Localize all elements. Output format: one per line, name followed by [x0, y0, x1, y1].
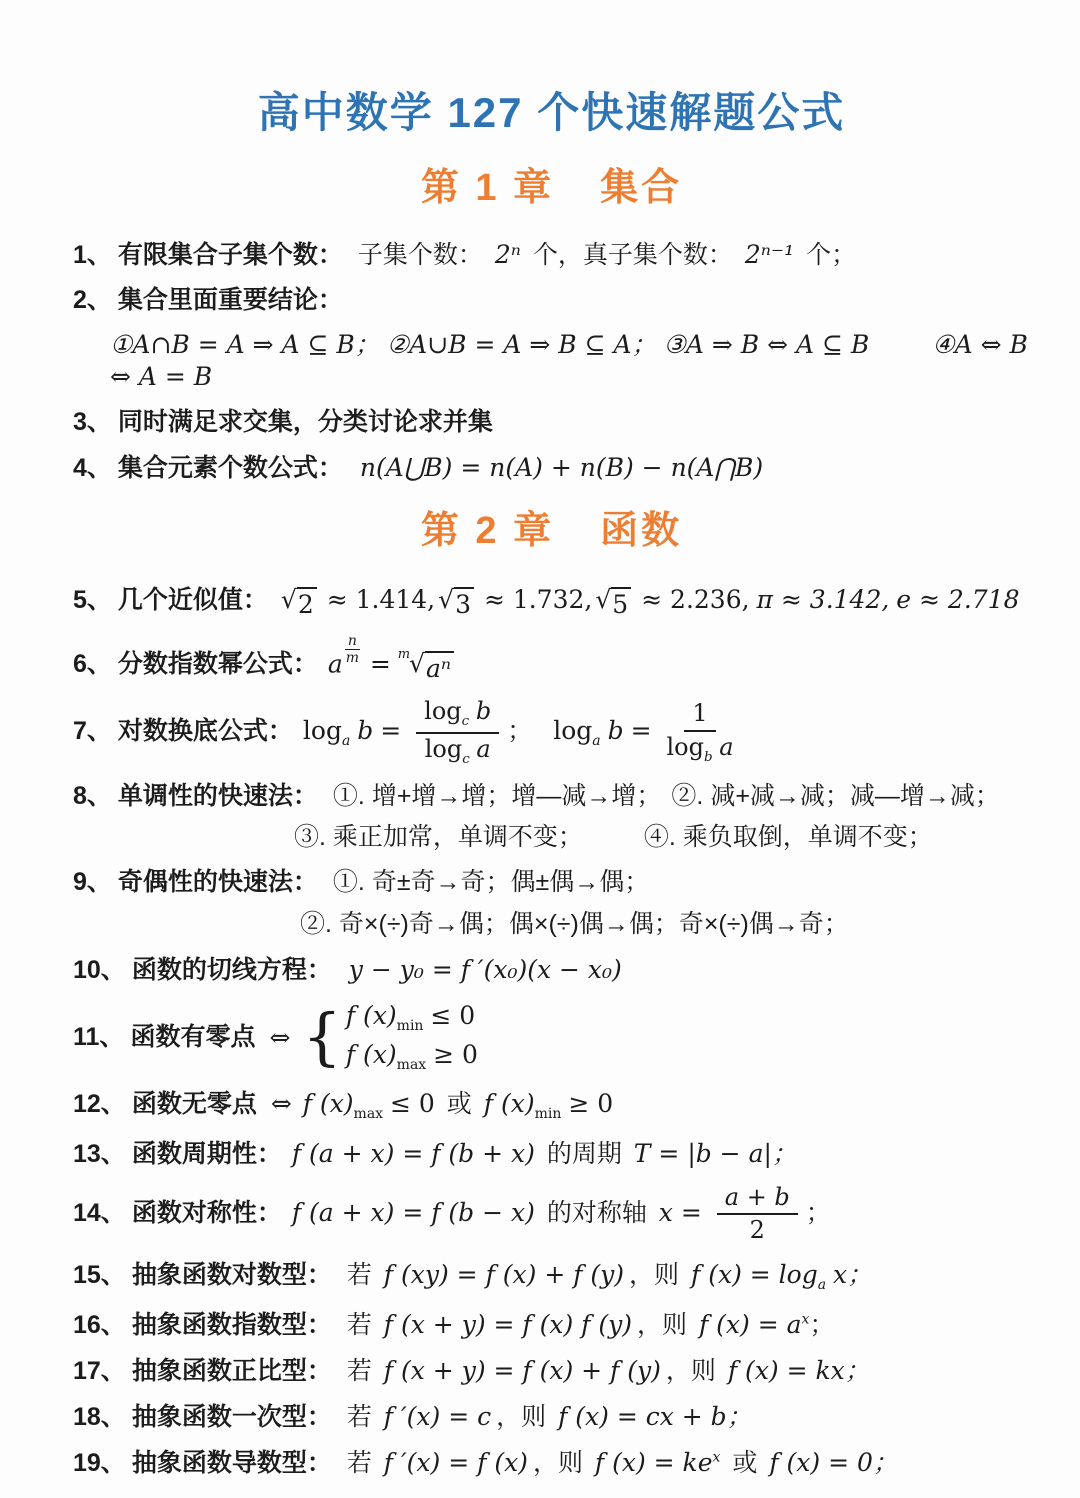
case-row: f (x)min ≤ 0	[346, 1000, 478, 1036]
radical-sign: √	[281, 587, 297, 613]
formula-math: T = |b − a|；	[634, 1139, 797, 1168]
formula-math: ≈ 1.414,	[327, 585, 435, 614]
item-number: 19、	[73, 1449, 126, 1477]
log-base: a	[592, 733, 600, 749]
if-text: 若	[347, 1311, 372, 1339]
fraction-denominator: m	[345, 650, 360, 666]
item-number: 5、	[73, 586, 112, 614]
item-number: 15、	[73, 1261, 126, 1289]
formula-math: f (x) = kx；	[728, 1356, 870, 1385]
cases-brace: {	[302, 1006, 341, 1068]
formula-text: 子集个数：	[358, 241, 483, 269]
chapter-1-label: 第 1 章	[421, 167, 554, 209]
math-fraction: a + b 2	[717, 1184, 798, 1245]
formula-math: f (x) = log	[691, 1260, 818, 1289]
if-text: 若	[347, 1357, 372, 1385]
rule-line-2: ②. 奇×(÷)奇→偶；偶×(÷)偶→偶；奇×(÷)偶→奇；	[295, 909, 1030, 940]
then-text: ，则	[533, 1449, 583, 1477]
subscript-max: max	[397, 1057, 427, 1073]
item-number: 6、	[73, 650, 112, 678]
page-title: 高中数学 127 个快速解题公式	[73, 80, 1030, 140]
formula-item-9: 9、奇偶性的快速法：①. 奇±奇→奇；偶±偶→偶； ②. 奇×(÷)奇→偶；偶×…	[73, 867, 1030, 940]
fraction-numerator: logc b	[416, 698, 499, 733]
subscript-max: max	[354, 1106, 384, 1122]
fraction-numerator: a + b	[717, 1184, 798, 1216]
formula-math: f (x) = a	[699, 1310, 802, 1339]
log-base: c	[462, 714, 470, 729]
log-base: b	[704, 750, 713, 765]
item-number: 12、	[73, 1090, 126, 1118]
radical-sign: √	[409, 651, 425, 677]
formula-item-19: 19、抽象函数导数型：若 f ′(x) = f (x)，则 f (x) = ke…	[73, 1447, 1030, 1479]
formula-math: f (x)	[346, 1001, 397, 1030]
case-row: f (x)max ≥ 0	[346, 1039, 478, 1075]
exponent-fraction: nm	[345, 634, 360, 667]
equals-sign: =	[380, 716, 401, 745]
formula-math: f ′(x) = f (x)	[384, 1448, 528, 1477]
log-base: a	[818, 1277, 826, 1293]
rule-text: ④. 乘负取倒，单调不变；	[644, 823, 933, 851]
radicand: 5	[611, 587, 631, 620]
chapter-2-name: 函数	[600, 510, 682, 552]
log-argument: b	[476, 697, 491, 725]
chapter-2-label: 第 2 章	[421, 510, 554, 552]
formula-item-10: 10、函数的切线方程： y − y₀ = f ′(x₀)(x − x₀)	[73, 954, 1030, 986]
fraction-numerator: n	[345, 634, 360, 650]
formula-item-8: 8、单调性的快速法：①. 增+增→增；增—减→增；②. 减+减→减；减—增→减；…	[73, 781, 1030, 854]
connector-text: 的对称轴	[547, 1199, 647, 1227]
item-label: 函数无零点	[132, 1090, 257, 1118]
iff-arrow: ⇔	[269, 1022, 290, 1053]
formula-math: f ′(x) = c	[384, 1402, 491, 1431]
item-label: 分数指数幂公式：	[118, 650, 318, 678]
item-number: 17、	[73, 1357, 126, 1385]
inequality: ≤ 0	[430, 1001, 475, 1030]
item-head: 8、单调性的快速法：①. 增+增→增；增—减→增；②. 减+减→减；减—增→减；	[73, 781, 1030, 812]
formula-item-14: 14、函数对称性：f (a + x) = f (b − x) 的对称轴 x = …	[73, 1184, 1030, 1245]
rule-text: ①. 奇±奇→奇；偶±偶→偶；	[333, 868, 649, 896]
item-number: 2、	[73, 286, 112, 314]
formula-math: f (xy) = f (x) + f (y)	[384, 1260, 624, 1289]
set-conclusions-line: ①A∩B = A ⇒ A ⊆ B； ②A∪B = A ⇒ B ⊆ A； ③A ⇒…	[110, 329, 1030, 394]
formula-item-17: 17、抽象函数正比型：若 f (x + y) = f (x) + f (y)，则…	[73, 1355, 1030, 1387]
chapter-1-heading: 第 1 章集合	[73, 156, 1030, 211]
formula-math: f (x)	[346, 1040, 397, 1069]
math-fraction: 1 logb a	[666, 700, 733, 765]
cases-rows: f (x)min ≤ 0 f (x)max ≥ 0	[346, 1000, 478, 1074]
rule-line-2: ③. 乘正加常，单调不变；④. 乘负取倒，单调不变；	[289, 822, 1030, 853]
formula-item-13: 13、函数周期性：f (a + x) = f (b + x) 的周期 T = |…	[73, 1138, 1030, 1170]
iff-arrow: ⇔	[271, 1089, 292, 1118]
item-label: 抽象函数指数型：	[132, 1311, 332, 1339]
item-head: 9、奇偶性的快速法：①. 奇±奇→奇；偶±偶→偶；	[73, 867, 1030, 898]
item-label: 抽象函数导数型：	[132, 1449, 332, 1477]
item-number: 10、	[73, 956, 126, 984]
item-number: 16、	[73, 1311, 126, 1339]
chapter-1-name: 集合	[600, 167, 682, 209]
then-text: ，则	[637, 1311, 687, 1339]
item-label: 函数的切线方程：	[132, 956, 332, 984]
fraction-numerator: 1	[684, 700, 715, 732]
sqrt-radical: √2	[281, 587, 317, 620]
item-label: 对数换底公式：	[118, 717, 293, 745]
log-base: c	[462, 751, 470, 766]
formula-math: f (x)	[484, 1089, 535, 1118]
item-number: 8、	[73, 782, 112, 810]
or-text: 或	[447, 1090, 472, 1118]
item-number: 18、	[73, 1403, 126, 1431]
radicand: aⁿ	[425, 651, 454, 684]
then-text: ，则	[666, 1357, 716, 1385]
item-label: 函数对称性：	[132, 1199, 282, 1227]
subscript-min: min	[535, 1106, 562, 1122]
item-label: 集合里面重要结论：	[118, 286, 343, 314]
item-label: 奇偶性的快速法：	[118, 868, 318, 896]
item-label: 几个近似值：	[118, 586, 268, 614]
formula-math: π ≈ 3.142,	[757, 585, 890, 614]
inequality: ≤ 0	[390, 1089, 435, 1118]
item-label: 有限集合子集个数：	[118, 241, 343, 269]
exponent-base: a	[328, 649, 343, 678]
item-number: 4、	[73, 454, 112, 482]
formula-item-15: 15、抽象函数对数型：若 f (xy) = f (x) + f (y)，则 f …	[73, 1259, 1030, 1295]
log-argument: a	[476, 735, 490, 763]
formula-item-1: 1、有限集合子集个数：子集个数： 2ⁿ 个，真子集个数： 2ⁿ⁻¹ 个；	[73, 239, 1030, 271]
formula-math: ①A∩B = A ⇒ A ⊆ B；	[110, 330, 380, 359]
log-argument: a	[719, 733, 733, 761]
rule-text: ①. 增+增→增；增—减→增；	[333, 782, 662, 810]
log-function: log	[666, 733, 704, 761]
formula-math: x；	[833, 1260, 872, 1289]
radical-sign: √	[595, 587, 611, 613]
item-label: 抽象函数一次型：	[132, 1403, 332, 1431]
then-text: ，则	[629, 1261, 679, 1289]
connector-text: 的周期	[547, 1140, 622, 1168]
item-number: 14、	[73, 1199, 126, 1227]
formula-text: 个；	[806, 241, 856, 269]
formula-item-5: 5、几个近似值：√2 ≈ 1.414,√3 ≈ 1.732,√5 ≈ 2.236…	[73, 584, 1030, 620]
equals-sign: =	[631, 716, 652, 745]
formula-item-7: 7、对数换底公式：loga b = logc b logc a ； loga b…	[73, 698, 1030, 767]
fraction-denominator: logb a	[666, 732, 733, 765]
log-function: log	[425, 735, 463, 763]
rule-text: ③. 乘正加常，单调不变；	[294, 823, 583, 851]
then-text: ，则	[496, 1403, 546, 1431]
sqrt-radical: √aⁿ	[409, 651, 454, 684]
radical-sign: √	[438, 587, 454, 613]
formula-math: f (x) = ke	[595, 1448, 713, 1477]
formula-math: y − y₀ = f ′(x₀)(x − x₀)	[349, 955, 622, 984]
formula-item-16: 16、抽象函数指数型：若 f (x + y) = f (x) f (y)，则 f…	[73, 1309, 1030, 1341]
equals-sign: =	[370, 649, 391, 678]
or-text: 或	[732, 1449, 757, 1477]
formula-item-6: 6、分数指数幂公式：anm = m√aⁿ	[73, 634, 1030, 685]
separator: ；	[809, 1310, 834, 1339]
item-label: 抽象函数正比型：	[132, 1357, 332, 1385]
radicand: 3	[454, 587, 474, 620]
subscript-min: min	[397, 1018, 424, 1034]
formula-item-4: 4、集合元素个数公式： n(A⋃B) = n(A) + n(B) − n(A⋂B…	[73, 452, 1030, 484]
item-number: 1、	[73, 241, 112, 269]
math-fraction: logc b logc a	[416, 698, 499, 767]
item-label: 集合元素个数公式：	[118, 454, 343, 482]
formula-math: f (a + x) = f (b + x)	[292, 1139, 535, 1168]
item-number: 11、	[73, 1022, 124, 1053]
radicand: 2	[297, 587, 317, 620]
inequality: ≥ 0	[568, 1089, 613, 1118]
item-number: 3、	[73, 408, 112, 436]
fraction-denominator: logc a	[425, 734, 491, 767]
if-text: 若	[347, 1261, 372, 1289]
formula-item-2: 2、集合里面重要结论： ①A∩B = A ⇒ A ⊆ B； ②A∪B = A ⇒…	[73, 285, 1030, 393]
item-number: 13、	[73, 1140, 126, 1168]
formula-math: f (a + x) = f (b − x)	[292, 1198, 535, 1227]
if-text: 若	[347, 1403, 372, 1431]
sqrt-radical: √3	[438, 587, 474, 620]
inequality: ≥ 0	[433, 1040, 478, 1069]
formula-math: ≈ 1.732,	[484, 585, 592, 614]
rule-text: ②. 奇×(÷)奇→偶；偶×(÷)偶→偶；奇×(÷)偶→奇；	[300, 910, 849, 938]
formula-text: 个，真子集个数：	[533, 241, 733, 269]
item-number: 7、	[73, 717, 112, 745]
sqrt-radical: √5	[595, 587, 631, 620]
formula-math: ③A ⇒ B ⇔ A ⊆ B	[664, 330, 870, 359]
formula-math: 2ⁿ⁻¹	[745, 240, 794, 269]
chapter-2-heading: 第 2 章函数	[73, 499, 1030, 554]
log-function: log	[303, 716, 342, 745]
log-function: log	[553, 716, 592, 745]
formula-item-11: 11、函数有零点⇔ { f (x)min ≤ 0 f (x)max ≥ 0	[73, 1000, 1030, 1074]
log-base: a	[342, 733, 350, 749]
formula-math: f (x + y) = f (x) f (y)	[384, 1310, 632, 1339]
formula-item-3: 3、同时满足求交集，分类讨论求并集	[73, 407, 1030, 438]
formula-item-12: 12、函数无零点⇔ f (x)max ≤ 0 或 f (x)min ≥ 0	[73, 1088, 1030, 1124]
fraction-denominator: 2	[750, 1215, 765, 1245]
if-text: 若	[347, 1449, 372, 1477]
formula-math: 2ⁿ	[495, 240, 521, 269]
formula-math: n(A⋃B) = n(A) + n(B) − n(A⋂B)	[360, 453, 763, 482]
formula-math: f (x + y) = f (x) + f (y)	[384, 1356, 661, 1385]
item-label: 函数有零点	[130, 1022, 255, 1053]
document-page: 高中数学 127 个快速解题公式 第 1 章集合 1、有限集合子集个数：子集个数…	[0, 0, 1080, 1498]
separator: ；	[806, 1198, 831, 1227]
formula-math: f (x) = cx + b；	[558, 1402, 752, 1431]
item-label: 抽象函数对数型：	[132, 1261, 332, 1289]
log-argument: b	[608, 716, 624, 745]
formula-item-18: 18、抽象函数一次型：若 f ′(x) = c，则 f (x) = cx + b…	[73, 1401, 1030, 1433]
formula-math: f (x)	[303, 1089, 354, 1118]
log-function: log	[424, 697, 462, 725]
formula-math: ≈ 2.236,	[641, 585, 749, 614]
rule-text: ②. 减+减→减；减—增→减；	[671, 782, 1000, 810]
item-label: 同时满足求交集，分类讨论求并集	[118, 408, 493, 436]
formula-math: ②A∪B = A ⇒ B ⊆ A；	[387, 330, 657, 359]
separator: ；	[507, 716, 532, 745]
exponent: x	[713, 1450, 721, 1466]
item-label: 函数周期性：	[132, 1140, 282, 1168]
item-label: 单调性的快速法：	[118, 782, 318, 810]
item-head: 2、集合里面重要结论：	[73, 285, 1030, 316]
formula-math: e ≈ 2.718	[896, 585, 1019, 614]
formula-math: f (x) = 0；	[769, 1448, 898, 1477]
log-argument: b	[357, 716, 373, 745]
formula-math: x =	[659, 1198, 702, 1227]
item-number: 9、	[73, 868, 112, 896]
